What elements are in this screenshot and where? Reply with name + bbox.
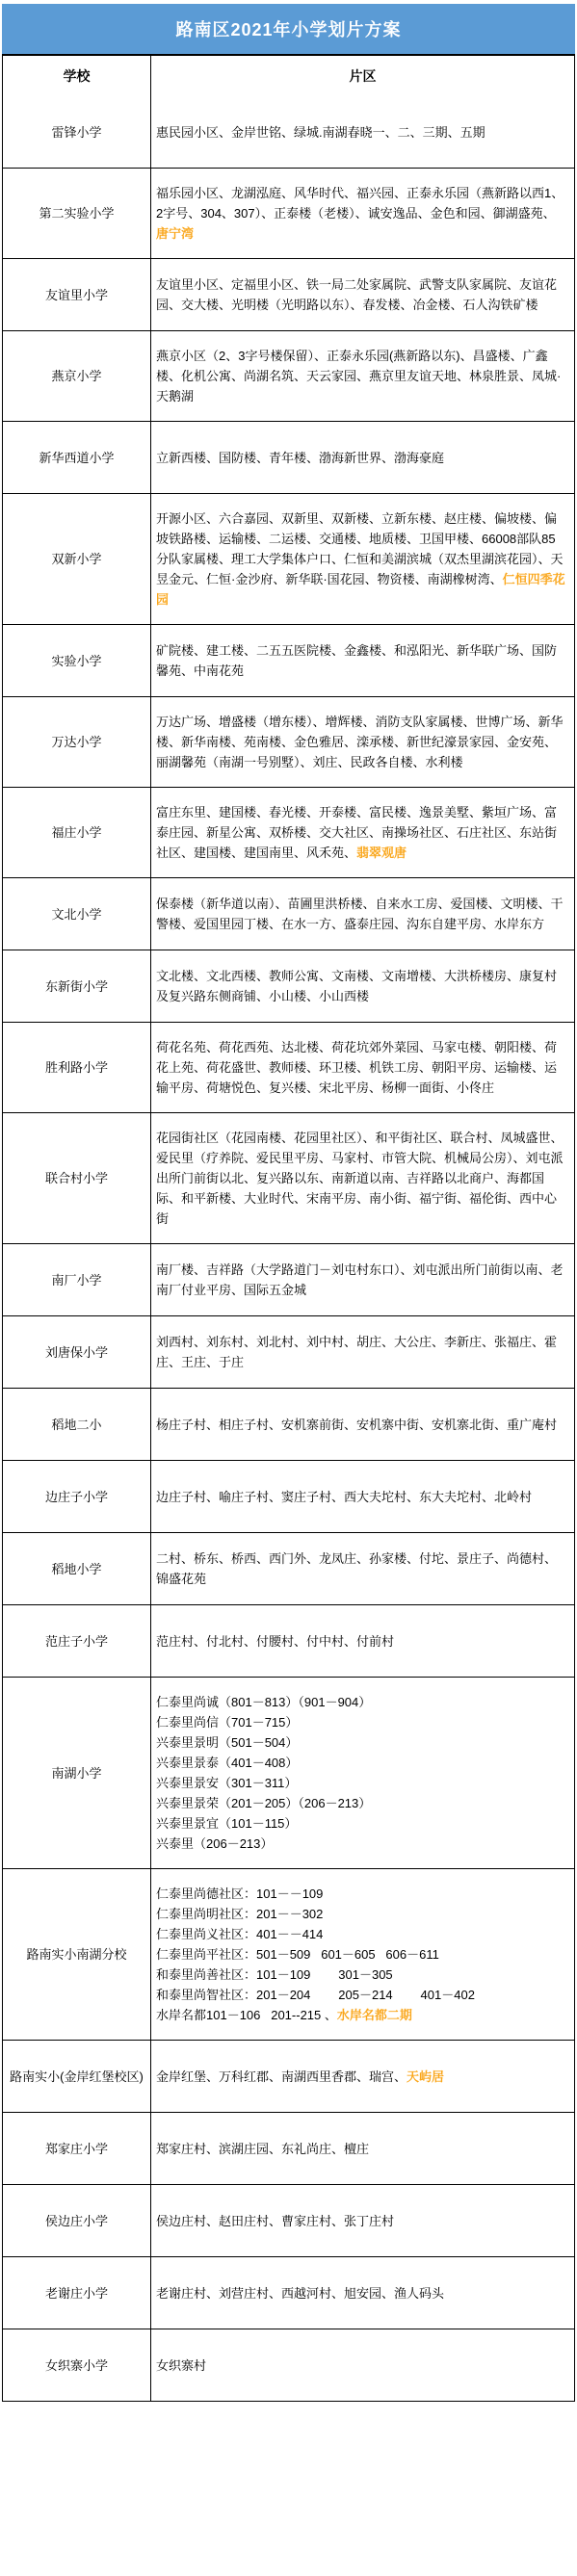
column-header-school: 学校 [3, 56, 151, 96]
school-name-cell: 双新小学 [3, 494, 151, 624]
zone-line: 文北楼、文北西楼、教师公寓、文南楼、文南增楼、大洪桥楼房、康复村及复兴路东侧商铺… [156, 966, 566, 1006]
zone-line: 友谊里小区、定福里小区、铁一局二处家属院、武警支队家属院、友谊花园、交大楼、光明… [156, 274, 566, 315]
school-name-cell: 路南实小(金岸红堡校区) [3, 2041, 151, 2112]
zone-text: 杨庄子村、相庄子村、安机寨前街、安机寨中街、安机寨北街、重广庵村 [156, 1418, 557, 1432]
zone-text: 仁泰里尚德社区：101－－109 [156, 1886, 323, 1901]
table-row: 刘唐保小学刘西村、刘东村、刘北村、刘中村、胡庄、大公庄、李新庄、张福庄、霍庄、王… [3, 1315, 574, 1388]
zone-cell: 万达广场、增盛楼（增东楼）、增辉楼、消防支队家属楼、世博广场、新华楼、新华南楼、… [151, 697, 574, 787]
zone-text: 兴泰里（206－213） [156, 1836, 273, 1851]
table-row: 联合村小学花园街社区（花园南楼、花园里社区）、和平街社区、联合村、凤城盛世、爱民… [3, 1112, 574, 1243]
table-row: 范庄子小学范庄村、付北村、付腰村、付中村、付前村 [3, 1604, 574, 1677]
school-name-cell: 郑家庄小学 [3, 2113, 151, 2184]
zone-line: 仁泰里尚信（701－715） [156, 1712, 566, 1732]
zone-line: 范庄村、付北村、付腰村、付中村、付前村 [156, 1631, 566, 1652]
zone-text: 万达广场、增盛楼（增东楼）、增辉楼、消防支队家属楼、世博广场、新华楼、新华南楼、… [156, 715, 564, 769]
zone-line: 仁泰里尚德社区：101－－109 [156, 1884, 566, 1904]
school-name-cell: 范庄子小学 [3, 1605, 151, 1677]
table-row: 稻地二小杨庄子村、相庄子村、安机寨前街、安机寨中街、安机寨北街、重广庵村 [3, 1388, 574, 1460]
school-name-cell: 新华西道小学 [3, 422, 151, 493]
zone-cell: 郑家庄村、滨湖庄园、东礼尚庄、檀庄 [151, 2113, 574, 2184]
zone-cell: 燕京小区（2、3字号楼保留）、正泰永乐园(燕新路以东)、昌盛楼、广鑫楼、化机公寓… [151, 331, 574, 421]
zone-line: 和泰里尚智社区：201－204 205－214 401－402 [156, 1985, 566, 2005]
table-header-row: 学校 片区 [3, 56, 574, 96]
highlighted-zone-text: 天屿居 [407, 2069, 444, 2084]
zone-cell: 侯边庄村、赵田庄村、曹家庄村、张丁庄村 [151, 2185, 574, 2256]
zone-text: 友谊里小区、定福里小区、铁一局二处家属院、武警支队家属院、友谊花园、交大楼、光明… [156, 277, 557, 312]
zone-text: 兴泰里景荣（201－205）（206－213） [156, 1796, 371, 1810]
table-row: 路南实小南湖分校仁泰里尚德社区：101－－109仁泰里尚明社区：201－－302… [3, 1868, 574, 2040]
school-name-cell: 东新街小学 [3, 950, 151, 1022]
table-row: 南湖小学仁泰里尚诚（801－813）（901－904）仁泰里尚信（701－715… [3, 1677, 574, 1868]
zone-cell: 开源小区、六合嘉园、双新里、双新楼、立新东楼、赵庄楼、偏坡楼、偏坡铁路楼、运输楼… [151, 494, 574, 624]
zone-line: 富庄东里、建国楼、春光楼、开泰楼、富民楼、逸景美墅、紫垣广场、富泰庄园、新星公寓… [156, 802, 566, 863]
zone-cell: 杨庄子村、相庄子村、安机寨前街、安机寨中街、安机寨北街、重广庵村 [151, 1389, 574, 1460]
zone-line: 侯边庄村、赵田庄村、曹家庄村、张丁庄村 [156, 2211, 566, 2231]
zone-text: 郑家庄村、滨湖庄园、东礼尚庄、檀庄 [156, 2142, 369, 2156]
table-row: 友谊里小学友谊里小区、定福里小区、铁一局二处家属院、武警支队家属院、友谊花园、交… [3, 258, 574, 330]
zone-text: 女织寨村 [156, 2358, 206, 2373]
school-name-cell: 联合村小学 [3, 1113, 151, 1243]
zone-cell: 南厂楼、吉祥路（大学路道门－刘屯村东口）、刘屯派出所门前街以南、老南厂付业平房、… [151, 1244, 574, 1315]
zone-line: 杨庄子村、相庄子村、安机寨前街、安机寨中街、安机寨北街、重广庵村 [156, 1415, 566, 1435]
school-name-cell: 稻地小学 [3, 1533, 151, 1604]
zone-line: 仁泰里尚义社区：401－－414 [156, 1924, 566, 1944]
table-row: 南厂小学南厂楼、吉祥路（大学路道门－刘屯村东口）、刘屯派出所门前街以南、老南厂付… [3, 1243, 574, 1315]
table-row: 路南实小(金岸红堡校区)金岸红堡、万科红郡、南湖西里香郡、瑞宫、天屿居 [3, 2040, 574, 2112]
table-row: 燕京小学燕京小区（2、3字号楼保留）、正泰永乐园(燕新路以东)、昌盛楼、广鑫楼、… [3, 330, 574, 421]
school-name-cell: 南厂小学 [3, 1244, 151, 1315]
zone-text: 侯边庄村、赵田庄村、曹家庄村、张丁庄村 [156, 2214, 394, 2228]
table-row: 郑家庄小学郑家庄村、滨湖庄园、东礼尚庄、檀庄 [3, 2112, 574, 2184]
school-name-cell: 文北小学 [3, 878, 151, 950]
zone-line: 惠民园小区、金岸世铭、绿城.南湖春晓一、二、三期、五期 [156, 122, 566, 143]
school-name-cell: 燕京小学 [3, 331, 151, 421]
zone-cell: 仁泰里尚德社区：101－－109仁泰里尚明社区：201－－302仁泰里尚义社区：… [151, 1869, 574, 2040]
zone-cell: 边庄子村、喻庄子村、窦庄子村、西大夫坨村、东大夫坨村、北岭村 [151, 1461, 574, 1532]
zone-line: 仁泰里尚平社区：501－509 601－605 606－611 [156, 1944, 566, 1965]
zone-text: 和泰里尚智社区：201－204 205－214 401－402 [156, 1988, 475, 2002]
zone-line: 花园街社区（花园南楼、花园里社区）、和平街社区、联合村、凤城盛世、爱民里（疗养院… [156, 1128, 566, 1229]
zone-line: 万达广场、增盛楼（增东楼）、增辉楼、消防支队家属楼、世博广场、新华楼、新华南楼、… [156, 712, 566, 772]
zone-text: 花园街社区（花园南楼、花园里社区）、和平街社区、联合村、凤城盛世、爱民里（疗养院… [156, 1131, 564, 1226]
zone-text: 南厂楼、吉祥路（大学路道门－刘屯村东口）、刘屯派出所门前街以南、老南厂付业平房、… [156, 1262, 564, 1297]
zone-text: 二村、桥东、桥西、西门外、龙凤庄、孙家楼、付坨、景庄子、尚德村、锦盛花苑 [156, 1551, 557, 1586]
table-row: 福庄小学富庄东里、建国楼、春光楼、开泰楼、富民楼、逸景美墅、紫垣广场、富泰庄园、… [3, 787, 574, 877]
zone-text: 兴泰里景安（301－311） [156, 1776, 297, 1790]
school-name-cell: 老谢庄小学 [3, 2257, 151, 2329]
school-name-cell: 路南实小南湖分校 [3, 1869, 151, 2040]
school-name-cell: 实验小学 [3, 625, 151, 696]
zone-text: 范庄村、付北村、付腰村、付中村、付前村 [156, 1634, 394, 1649]
zone-text: 兴泰里景泰（401－408） [156, 1756, 298, 1770]
school-name-cell: 万达小学 [3, 697, 151, 787]
zone-text: 保泰楼（新华道以南）、苗圃里洪桥楼、自来水工房、爱国楼、文明楼、干警楼、爱国里园… [156, 897, 564, 931]
table-row: 胜利路小学荷花名苑、荷花西苑、达北楼、荷花坑郊外菜园、马家屯楼、朝阳楼、荷花上苑… [3, 1022, 574, 1112]
zone-line: 二村、桥东、桥西、西门外、龙凤庄、孙家楼、付坨、景庄子、尚德村、锦盛花苑 [156, 1548, 566, 1589]
zone-text: 和泰里尚善社区：101－109 301－305 [156, 1967, 393, 1982]
school-zoning-table: 学校 片区 雷锋小学惠民园小区、金岸世铭、绿城.南湖春晓一、二、三期、五期第二实… [2, 54, 575, 2402]
zone-line: 开源小区、六合嘉园、双新里、双新楼、立新东楼、赵庄楼、偏坡楼、偏坡铁路楼、运输楼… [156, 508, 566, 610]
school-name-cell: 南湖小学 [3, 1678, 151, 1868]
highlighted-zone-text: 唐宁湾 [156, 226, 194, 241]
column-header-zone: 片区 [151, 56, 574, 96]
zone-line: 南厂楼、吉祥路（大学路道门－刘屯村东口）、刘屯派出所门前街以南、老南厂付业平房、… [156, 1260, 566, 1300]
zone-line: 老谢庄村、刘营庄村、西越河村、旭安园、渔人码头 [156, 2283, 566, 2303]
zone-line: 福乐园小区、龙湖泓庭、风华时代、福兴园、正泰永乐园（燕新路以西1、2字号、304… [156, 183, 566, 244]
zone-line: 兴泰里景明（501－504） [156, 1732, 566, 1753]
school-name-cell: 胜利路小学 [3, 1023, 151, 1112]
zone-text: 边庄子村、喻庄子村、窦庄子村、西大夫坨村、东大夫坨村、北岭村 [156, 1490, 532, 1504]
zone-line: 荷花名苑、荷花西苑、达北楼、荷花坑郊外菜园、马家屯楼、朝阳楼、荷花上苑、荷花盛世… [156, 1037, 566, 1098]
zone-text: 兴泰里景宜（101－115） [156, 1816, 297, 1831]
school-name-cell: 稻地二小 [3, 1389, 151, 1460]
zone-cell: 文北楼、文北西楼、教师公寓、文南楼、文南增楼、大洪桥楼房、康复村及复兴路东侧商铺… [151, 950, 574, 1022]
table-row: 双新小学开源小区、六合嘉园、双新里、双新楼、立新东楼、赵庄楼、偏坡楼、偏坡铁路楼… [3, 493, 574, 624]
zone-line: 兴泰里景宜（101－115） [156, 1813, 566, 1834]
school-name-cell: 福庄小学 [3, 788, 151, 877]
table-row: 老谢庄小学老谢庄村、刘营庄村、西越河村、旭安园、渔人码头 [3, 2256, 574, 2329]
zone-line: 水岸名都101－106 201--215 、水岸名都二期 [156, 2005, 566, 2025]
zone-line: 和泰里尚善社区：101－109 301－305 [156, 1965, 566, 1985]
zone-line: 仁泰里尚明社区：201－－302 [156, 1904, 566, 1924]
table-row: 实验小学矿院楼、建工楼、二五五医院楼、金鑫楼、和泓阳光、新华联广场、国防馨苑、中… [3, 624, 574, 696]
table-body: 雷锋小学惠民园小区、金岸世铭、绿城.南湖春晓一、二、三期、五期第二实验小学福乐园… [3, 96, 574, 2401]
table-row: 侯边庄小学侯边庄村、赵田庄村、曹家庄村、张丁庄村 [3, 2184, 574, 2256]
zone-line: 仁泰里尚诚（801－813）（901－904） [156, 1692, 566, 1712]
zone-text: 矿院楼、建工楼、二五五医院楼、金鑫楼、和泓阳光、新华联广场、国防馨苑、中南花苑 [156, 643, 557, 678]
zone-line: 兴泰里景安（301－311） [156, 1773, 566, 1793]
zone-cell: 惠民园小区、金岸世铭、绿城.南湖春晓一、二、三期、五期 [151, 96, 574, 168]
zone-text: 立新西楼、国防楼、青年楼、渤海新世界、渤海豪庭 [156, 451, 444, 465]
zone-text: 仁泰里尚诚（801－813）（901－904） [156, 1695, 371, 1709]
column-header-school-label: 学校 [64, 67, 91, 86]
zone-cell: 荷花名苑、荷花西苑、达北楼、荷花坑郊外菜园、马家屯楼、朝阳楼、荷花上苑、荷花盛世… [151, 1023, 574, 1112]
zone-text: 金岸红堡、万科红郡、南湖西里香郡、瑞宫、 [156, 2069, 407, 2084]
zone-line: 金岸红堡、万科红郡、南湖西里香郡、瑞宫、天屿居 [156, 2067, 566, 2087]
zone-line: 保泰楼（新华道以南）、苗圃里洪桥楼、自来水工房、爱国楼、文明楼、干警楼、爱国里园… [156, 894, 566, 934]
table-row: 雷锋小学惠民园小区、金岸世铭、绿城.南湖春晓一、二、三期、五期 [3, 96, 574, 168]
zone-text: 福乐园小区、龙湖泓庭、风华时代、福兴园、正泰永乐园（燕新路以西1、2字号、304… [156, 186, 564, 221]
zone-cell: 刘西村、刘东村、刘北村、刘中村、胡庄、大公庄、李新庄、张福庄、霍庄、王庄、于庄 [151, 1316, 574, 1388]
highlighted-zone-text: 翡翠观唐 [356, 846, 407, 860]
zone-cell: 友谊里小区、定福里小区、铁一局二处家属院、武警支队家属院、友谊花园、交大楼、光明… [151, 259, 574, 330]
zone-cell: 矿院楼、建工楼、二五五医院楼、金鑫楼、和泓阳光、新华联广场、国防馨苑、中南花苑 [151, 625, 574, 696]
document-title-bar: 路南区2021年小学划片方案 [2, 4, 575, 54]
zone-cell: 富庄东里、建国楼、春光楼、开泰楼、富民楼、逸景美墅、紫垣广场、富泰庄园、新星公寓… [151, 788, 574, 877]
zone-cell: 老谢庄村、刘营庄村、西越河村、旭安园、渔人码头 [151, 2257, 574, 2329]
zone-line: 燕京小区（2、3字号楼保留）、正泰永乐园(燕新路以东)、昌盛楼、广鑫楼、化机公寓… [156, 346, 566, 406]
table-row: 文北小学保泰楼（新华道以南）、苗圃里洪桥楼、自来水工房、爱国楼、文明楼、干警楼、… [3, 877, 574, 950]
zone-line: 立新西楼、国防楼、青年楼、渤海新世界、渤海豪庭 [156, 448, 566, 468]
zone-line: 女织寨村 [156, 2355, 566, 2376]
document-page: 路南区2021年小学划片方案 学校 片区 雷锋小学惠民园小区、金岸世铭、绿城.南… [0, 0, 577, 2576]
school-name-cell: 侯边庄小学 [3, 2185, 151, 2256]
table-row: 新华西道小学立新西楼、国防楼、青年楼、渤海新世界、渤海豪庭 [3, 421, 574, 493]
zone-text: 仁泰里尚明社区：201－－302 [156, 1907, 323, 1921]
school-name-cell: 女织寨小学 [3, 2329, 151, 2401]
zone-cell: 女织寨村 [151, 2329, 574, 2401]
highlighted-zone-text: 水岸名都二期 [337, 2008, 412, 2022]
page-title: 路南区2021年小学划片方案 [175, 16, 401, 41]
zone-cell: 福乐园小区、龙湖泓庭、风华时代、福兴园、正泰永乐园（燕新路以西1、2字号、304… [151, 169, 574, 258]
zone-cell: 仁泰里尚诚（801－813）（901－904）仁泰里尚信（701－715）兴泰里… [151, 1678, 574, 1868]
zone-line: 兴泰里（206－213） [156, 1834, 566, 1854]
zone-cell: 立新西楼、国防楼、青年楼、渤海新世界、渤海豪庭 [151, 422, 574, 493]
zone-cell: 保泰楼（新华道以南）、苗圃里洪桥楼、自来水工房、爱国楼、文明楼、干警楼、爱国里园… [151, 878, 574, 950]
zone-line: 兴泰里景泰（401－408） [156, 1753, 566, 1773]
zone-text: 兴泰里景明（501－504） [156, 1735, 298, 1750]
column-header-zone-label: 片区 [350, 66, 377, 87]
table-row: 女织寨小学女织寨村 [3, 2329, 574, 2401]
table-row: 边庄子小学边庄子村、喻庄子村、窦庄子村、西大夫坨村、东大夫坨村、北岭村 [3, 1460, 574, 1532]
zone-text: 仁泰里尚义社区：401－－414 [156, 1927, 323, 1941]
zone-text: 水岸名都101－106 201--215 、 [156, 2008, 337, 2022]
zone-text: 仁泰里尚信（701－715） [156, 1715, 298, 1730]
school-name-cell: 友谊里小学 [3, 259, 151, 330]
zone-text: 燕京小区（2、3字号楼保留）、正泰永乐园(燕新路以东)、昌盛楼、广鑫楼、化机公寓… [156, 349, 561, 403]
zone-text: 老谢庄村、刘营庄村、西越河村、旭安园、渔人码头 [156, 2286, 444, 2301]
zone-line: 边庄子村、喻庄子村、窦庄子村、西大夫坨村、东大夫坨村、北岭村 [156, 1487, 566, 1507]
zone-line: 刘西村、刘东村、刘北村、刘中村、胡庄、大公庄、李新庄、张福庄、霍庄、王庄、于庄 [156, 1332, 566, 1372]
zone-cell: 金岸红堡、万科红郡、南湖西里香郡、瑞宫、天屿居 [151, 2041, 574, 2112]
zone-text: 惠民园小区、金岸世铭、绿城.南湖春晓一、二、三期、五期 [156, 125, 485, 140]
zone-cell: 二村、桥东、桥西、西门外、龙凤庄、孙家楼、付坨、景庄子、尚德村、锦盛花苑 [151, 1533, 574, 1604]
zone-text: 荷花名苑、荷花西苑、达北楼、荷花坑郊外菜园、马家屯楼、朝阳楼、荷花上苑、荷花盛世… [156, 1040, 557, 1095]
school-name-cell: 刘唐保小学 [3, 1316, 151, 1388]
zone-cell: 范庄村、付北村、付腰村、付中村、付前村 [151, 1605, 574, 1677]
table-row: 第二实验小学福乐园小区、龙湖泓庭、风华时代、福兴园、正泰永乐园（燕新路以西1、2… [3, 168, 574, 258]
table-row: 稻地小学二村、桥东、桥西、西门外、龙凤庄、孙家楼、付坨、景庄子、尚德村、锦盛花苑 [3, 1532, 574, 1604]
zone-line: 兴泰里景荣（201－205）（206－213） [156, 1793, 566, 1813]
school-name-cell: 雷锋小学 [3, 96, 151, 168]
zone-text: 刘西村、刘东村、刘北村、刘中村、胡庄、大公庄、李新庄、张福庄、霍庄、王庄、于庄 [156, 1335, 557, 1369]
school-name-cell: 第二实验小学 [3, 169, 151, 258]
zone-cell: 花园街社区（花园南楼、花园里社区）、和平街社区、联合村、凤城盛世、爱民里（疗养院… [151, 1113, 574, 1243]
zone-text: 文北楼、文北西楼、教师公寓、文南楼、文南增楼、大洪桥楼房、康复村及复兴路东侧商铺… [156, 969, 557, 1003]
table-row: 东新街小学文北楼、文北西楼、教师公寓、文南楼、文南增楼、大洪桥楼房、康复村及复兴… [3, 950, 574, 1022]
zone-line: 郑家庄村、滨湖庄园、东礼尚庄、檀庄 [156, 2139, 566, 2159]
zone-line: 矿院楼、建工楼、二五五医院楼、金鑫楼、和泓阳光、新华联广场、国防馨苑、中南花苑 [156, 640, 566, 681]
zone-text: 仁泰里尚平社区：501－509 601－605 606－611 [156, 1947, 439, 1962]
school-name-cell: 边庄子小学 [3, 1461, 151, 1532]
table-row: 万达小学万达广场、增盛楼（增东楼）、增辉楼、消防支队家属楼、世博广场、新华楼、新… [3, 696, 574, 787]
